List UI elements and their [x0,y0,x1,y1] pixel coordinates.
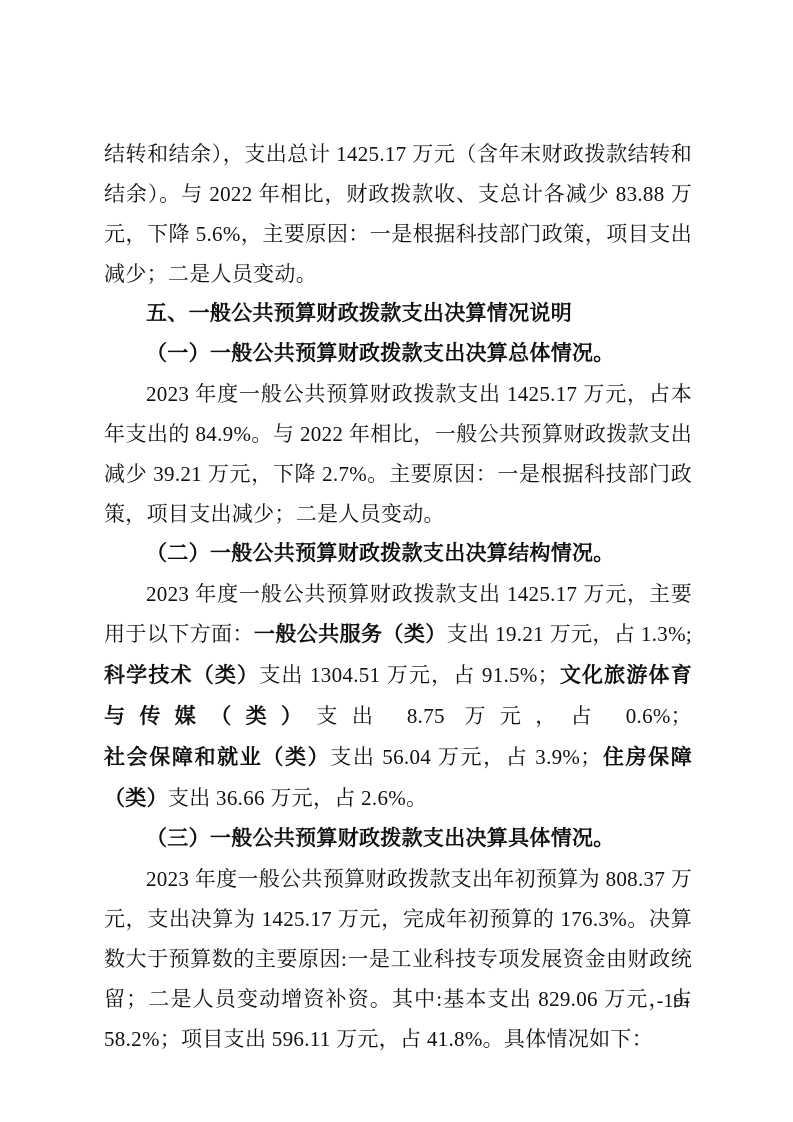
category-name-social-security-employment: 社会保障和就业（类） [104,746,330,769]
heading-sub-2: （二）一般公共预算财政拨款支出决算结构情况。 [104,534,692,574]
heading-sub-1: （一）一般公共预算财政拨款支出决算总体情况。 [104,334,692,374]
heading-section-5: 五、一般公共预算财政拨款支出决算情况说明 [104,294,692,334]
document-page: 结转和结余），支出总计 1425.17 万元（含年末财政拨款结转和结余）。与 2… [0,0,793,1122]
text-segment: 支出 19.21 万元，占 1.3%; [447,622,692,646]
text-segment: 支出 8.75 万元，占 0.6%； [316,704,692,728]
text-segment: 支出 56.04 万元，占 3.9%； [330,745,601,769]
document-body: 结转和结余），支出总计 1425.17 万元（含年末财政拨款结转和结余）。与 2… [104,134,692,1059]
category-name-general-public-services: 一般公共服务（类） [254,623,447,646]
paragraph-sub-2: 2023 年度一般公共预算财政拨款支出 1425.17 万元，主要用于以下方面：… [104,574,692,819]
paragraph-sub-1: 2023 年度一般公共预算财政拨款支出 1425.17 万元，占本年支出的 84… [104,374,692,534]
heading-sub-3: （三）一般公共预算财政拨款支出决算具体情况。 [104,819,692,859]
text-segment: 支出 36.66 万元，占 2.6%。 [168,786,427,810]
page-number: -19- [657,988,690,1014]
paragraph-carryover: 结转和结余），支出总计 1425.17 万元（含年末财政拨款结转和结余）。与 2… [104,134,692,294]
paragraph-sub-3: 2023 年度一般公共预算财政拨款支出年初预算为 808.37 万元，支出决算为… [104,859,692,1059]
text-segment: 支出 1304.51 万元，占 91.5%； [259,663,559,687]
category-name-science-technology: 科学技术（类） [104,664,259,687]
